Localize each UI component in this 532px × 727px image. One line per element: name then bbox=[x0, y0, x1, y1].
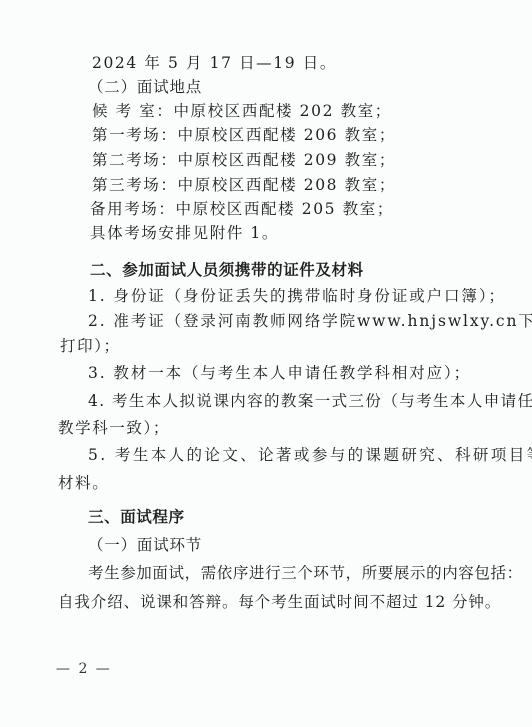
section-heading-exam-location: （二）面试地点 bbox=[88, 78, 202, 96]
document-page: 2024 年 5 月 17 日—19 日。 （二）面试地点 候 考 室：中原校区… bbox=[0, 0, 532, 727]
procedure-paragraph-line-2: 自我介绍、说课和答辩。每个考生面试时间不超过 12 分钟。 bbox=[58, 593, 501, 611]
material-item-4: 4. 考生本人拟说课内容的教案一式三份（与考生本人申请任 bbox=[88, 392, 532, 410]
material-item-2-continued: 打印）； bbox=[60, 337, 121, 355]
page-number: — 2 — bbox=[56, 661, 112, 677]
material-item-2: 2. 准考证（登录河南教师网络学院www.hnjswlxy.cn下载 bbox=[88, 312, 532, 330]
material-item-4-continued: 教学科一致）； bbox=[58, 419, 170, 437]
backup-room-line: 备用考场：中原校区西配楼 205 教室； bbox=[90, 200, 394, 218]
arrangement-note-line: 具体考场安排见附件 1。 bbox=[90, 224, 279, 242]
material-item-1: 1. 身份证（身份证丢失的携带临时身份证或户口簿）； bbox=[88, 287, 506, 305]
material-item-5-continued: 材料。 bbox=[58, 474, 109, 492]
exam-room-1-line: 第一考场：中原校区西配楼 206 教室； bbox=[92, 126, 396, 144]
exam-room-2-line: 第二考场：中原校区西配楼 209 教室； bbox=[92, 151, 396, 169]
section-heading-procedure: 三、面试程序 bbox=[88, 508, 185, 526]
material-item-3: 3. 教材一本（与考生本人申请任教学科相对应）； bbox=[88, 364, 471, 382]
waiting-room-line: 候 考 室：中原校区西配楼 202 教室； bbox=[92, 102, 392, 120]
exam-date-line: 2024 年 5 月 17 日—19 日。 bbox=[92, 54, 337, 72]
material-item-5: 5. 考生本人的论文、论著或参与的课题研究、科研项目等 bbox=[88, 446, 532, 464]
section-heading-interview-stages: （一）面试环节 bbox=[88, 536, 202, 554]
procedure-paragraph-line-1: 考生参加面试，需依序进行三个环节，所要展示的内容包括： bbox=[88, 564, 523, 582]
exam-room-3-line: 第三考场：中原校区西配楼 208 教室； bbox=[92, 176, 396, 194]
section-heading-materials: 二、参加面试人员须携带的证件及材料 bbox=[90, 261, 364, 279]
